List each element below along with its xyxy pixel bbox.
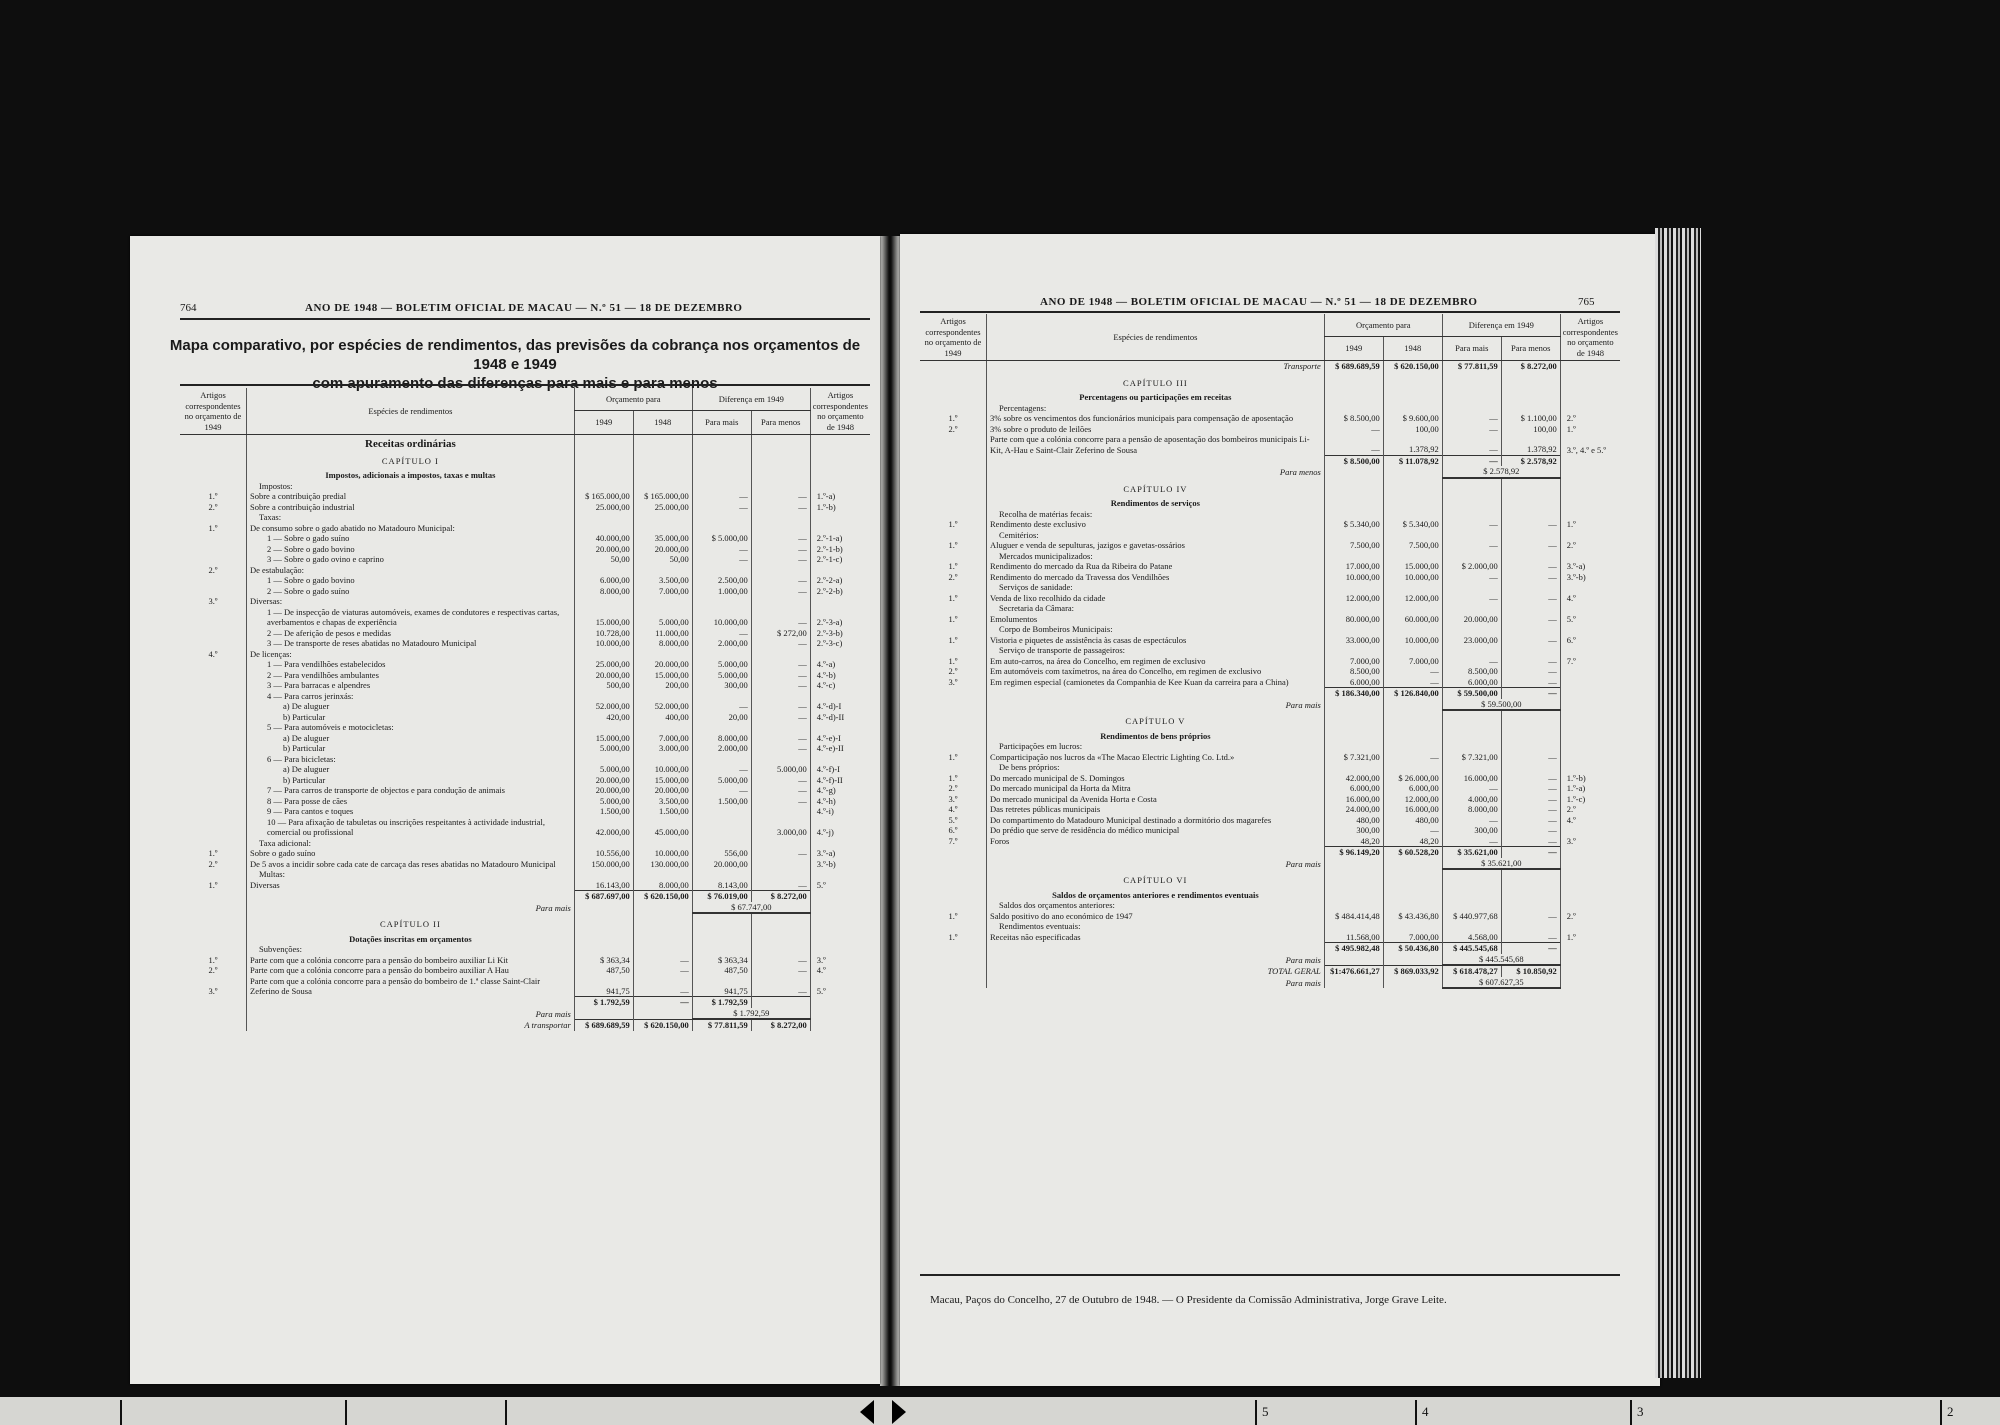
value-mais: — — [692, 491, 751, 502]
value-v48: 15.000,00 — [633, 670, 692, 681]
value-mais: 556,00 — [692, 848, 751, 859]
table-row: 5 — Para automóveis e motocicletas: — [180, 722, 870, 733]
value-v48: 60.000,00 — [1383, 614, 1442, 625]
table-row: 2.ºRendimento do mercado da Travessa dos… — [920, 572, 1620, 583]
article-1948-ref — [810, 944, 870, 955]
table-row: 6.ºDo prédio que serve de residência do … — [920, 825, 1620, 836]
value-menos: — — [1501, 943, 1560, 954]
value-v48: 35.000,00 — [633, 533, 692, 544]
table-row: 7.ºForos48,2048,20——3.º — [920, 836, 1620, 847]
value-mais: — — [1442, 815, 1501, 826]
row-description: a) De aluguer — [247, 701, 575, 712]
value-v49: 420,00 — [574, 712, 633, 723]
table-row: a) De aluguer5.000,0010.000,00—5.000,004… — [180, 764, 870, 775]
article-1948-ref — [810, 722, 870, 733]
article-1948-ref — [1560, 825, 1620, 836]
table-row: Rendimentos eventuais: — [920, 921, 1620, 932]
article-1948-ref: 4.º-f)-II — [810, 775, 870, 786]
value-mais: — — [692, 764, 751, 775]
value-mais: — — [1442, 455, 1501, 466]
value-mais: $ 35.621,00 — [1442, 847, 1501, 858]
article-1948-ref: 2.º-1-c) — [810, 554, 870, 565]
value-mais: $ 445.545,68 — [1442, 943, 1501, 954]
right-page: ANO DE 1948 — BOLETIM OFICIAL DE MACAU —… — [900, 234, 1660, 1386]
value-v49: 1.500,00 — [574, 806, 633, 817]
value-v48: 400,00 — [633, 712, 692, 723]
total-row: A transportar$ 689.689,59$ 620.150,00$ 7… — [180, 1019, 870, 1031]
value-menos: — — [751, 848, 810, 859]
row-description: Receitas não especificadas — [987, 932, 1325, 943]
value-v49 — [574, 523, 633, 534]
value-menos — [1501, 582, 1560, 593]
chapter-title: Dotações inscritas em orçamentos — [247, 930, 575, 945]
table-row: 2.ºDe estabulação: — [180, 565, 870, 576]
row-description: Sobre a contribuição predial — [247, 491, 575, 502]
article-1948-ref: 3.º-a) — [810, 848, 870, 859]
value-menos — [1501, 509, 1560, 520]
value-v49: 150.000,00 — [574, 859, 633, 870]
value-v49: 10.728,00 — [574, 628, 633, 639]
value-v48: 3.000,00 — [633, 743, 692, 754]
row-description: Secretaria da Câmara: — [987, 603, 1325, 614]
table-row: 3.ºParte com que a colónia concorre para… — [180, 976, 870, 997]
article-1948-ref: 4.º — [810, 965, 870, 976]
value-menos: — — [1501, 773, 1560, 784]
table-row: 2.ºParte com que a colónia concorre para… — [180, 965, 870, 976]
row-description: Das retretes públicas municipais — [987, 804, 1325, 815]
value-mais: 4.000,00 — [1442, 794, 1501, 805]
value-v48 — [1383, 645, 1442, 656]
value-v48: 480,00 — [1383, 815, 1442, 826]
value-v49: 5.000,00 — [574, 796, 633, 807]
table-row: Saldos dos orçamentos anteriores: — [920, 900, 1620, 911]
value-menos: — — [1501, 635, 1560, 646]
article-1948-ref: 4.º-e)-II — [810, 743, 870, 754]
value-mais — [692, 481, 751, 492]
table-row: 3 — De transporte de reses abatidas no M… — [180, 638, 870, 649]
article-1948-ref: 1.º-b) — [1560, 773, 1620, 784]
value-menos — [751, 859, 810, 870]
value-v49: $ 363,34 — [574, 955, 633, 966]
value-mais — [1442, 900, 1501, 911]
value-menos — [751, 691, 810, 702]
net-difference-row: Para mais$ 35.621,00 — [920, 858, 1620, 870]
value-v48 — [1383, 509, 1442, 520]
value-menos — [1501, 900, 1560, 911]
value-v49: 25.000,00 — [574, 502, 633, 513]
value-mais: — — [692, 701, 751, 712]
transporte-row: Transporte $ 689.689,59 $ 620.150,00 $ 7… — [920, 361, 1620, 372]
value-v48 — [633, 754, 692, 765]
value-v48: $ 9.600,00 — [1383, 413, 1442, 424]
row-description: Sobre a contribuição industrial — [247, 502, 575, 513]
article-1948-ref: 4.º-j) — [810, 817, 870, 838]
table-row: 2.ºEm automóveis com taxímetros, na área… — [920, 666, 1620, 677]
table-row: a) De aluguer15.000,007.000,008.000,00—4… — [180, 733, 870, 744]
row-description: 4 — Para carros jerinxás: — [247, 691, 575, 702]
value-menos: — — [751, 701, 810, 712]
article-1948-ref: 1.º-a) — [810, 491, 870, 502]
value-v49 — [574, 649, 633, 660]
article-1948-ref — [1560, 762, 1620, 773]
row-description: Do mercado municipal da Horta da Mitra — [987, 783, 1325, 794]
total-row: $ 96.149,20$ 60.528,20$ 35.621,00— — [920, 847, 1620, 858]
value-mais: $ 2.000,00 — [1442, 561, 1501, 572]
article-1948-ref: 1.º — [1560, 424, 1620, 435]
row-description: 1 — De inspecção de viaturas automóveis,… — [247, 607, 575, 628]
table-row: Participações em lucros: — [920, 741, 1620, 752]
value-menos: — — [751, 607, 810, 628]
table-row: Cemitérios: — [920, 530, 1620, 541]
value-mais: — — [692, 628, 751, 639]
film-arrow-left-icon — [860, 1400, 874, 1424]
value-v49: 10.000,00 — [574, 638, 633, 649]
value-menos: — — [751, 586, 810, 597]
value-menos: — — [751, 638, 810, 649]
table-row: 1.ºSobre o gado suíno10.556,0010.000,005… — [180, 848, 870, 859]
article-1948-ref — [810, 1008, 870, 1020]
article-1948-ref — [810, 1019, 870, 1031]
table-row: 1 — Sobre o gado bovino6.000,003.500,002… — [180, 575, 870, 586]
row-description: 3 — Para barracas e alpendres — [247, 680, 575, 691]
table-row: Serviços de sanidade: — [920, 582, 1620, 593]
running-head: ANO DE 1948 — BOLETIM OFICIAL DE MACAU —… — [305, 302, 742, 314]
value-menos: — — [1501, 847, 1560, 858]
value-v48 — [1383, 624, 1442, 635]
value-v49: 8.500,00 — [1324, 666, 1383, 677]
article-1948-ref — [1560, 741, 1620, 752]
comparison-table-right: Artigos correspondentes no orçamento de … — [920, 314, 1620, 989]
table-row: 2 — Sobre o gado bovino20.000,0020.000,0… — [180, 544, 870, 555]
article-1948-ref — [1560, 509, 1620, 520]
table-row: b) Particular5.000,003.000,002.000,00—4.… — [180, 743, 870, 754]
net-difference-row: Para mais$ 1.792,59 — [180, 1008, 870, 1020]
page-edges — [1655, 228, 1701, 1378]
value-mais — [1442, 741, 1501, 752]
table-row: 2.º3% sobre o produto de leilões—100,00—… — [920, 424, 1620, 435]
net-difference-value: $ 35.621,00 — [1442, 858, 1560, 870]
row-description: Comparticipação nos lucros da «The Macao… — [987, 752, 1325, 763]
value-v49 — [1324, 509, 1383, 520]
value-v49: 487,50 — [574, 965, 633, 976]
value-mais: 10.000,00 — [692, 607, 751, 628]
value-v48: — — [633, 976, 692, 997]
value-menos: — — [1501, 519, 1560, 530]
row-description: Cemitérios: — [987, 530, 1325, 541]
value-mais: — — [1442, 572, 1501, 583]
table-row: 2.ºDo mercado municipal da Horta da Mitr… — [920, 783, 1620, 794]
value-menos: — — [751, 575, 810, 586]
value-v49: 24.000,00 — [1324, 804, 1383, 815]
value-v48: 16.000,00 — [1383, 804, 1442, 815]
article-1948-ref — [810, 754, 870, 765]
article-1948-ref: 2.º-1-a) — [810, 533, 870, 544]
value-menos: — — [751, 743, 810, 754]
article-1948-ref: 2.º-2-b) — [810, 586, 870, 597]
value-v48: $ 50.436,80 — [1383, 943, 1442, 954]
table-row: 2 — Sobre o gado suíno8.000,007.000,001.… — [180, 586, 870, 597]
row-description: Emolumentos — [987, 614, 1325, 625]
article-1948-ref — [1560, 403, 1620, 414]
value-v49 — [1324, 900, 1383, 911]
value-mais: 300,00 — [692, 680, 751, 691]
value-v49: 10.000,00 — [1324, 572, 1383, 583]
value-menos: — — [751, 670, 810, 681]
value-menos — [751, 838, 810, 849]
value-v49: 10.556,00 — [574, 848, 633, 859]
table-row: Secretaria da Câmara: — [920, 603, 1620, 614]
value-menos: — — [751, 955, 810, 966]
value-menos — [751, 596, 810, 607]
article-1948-ref: 5.º — [810, 976, 870, 997]
value-mais: $ 59.500,00 — [1442, 688, 1501, 699]
article-1948-ref — [810, 838, 870, 849]
value-v49: 48,20 — [1324, 836, 1383, 847]
row-description: Diversas — [247, 880, 575, 891]
table-row: Subvenções: — [180, 944, 870, 955]
value-v49 — [574, 596, 633, 607]
table-row: Serviço de transporte de passageiros: — [920, 645, 1620, 656]
book-gutter — [880, 236, 900, 1386]
value-menos: — — [751, 659, 810, 670]
value-v48 — [633, 722, 692, 733]
table-row: 2 — Para vendilhões ambulantes20.000,001… — [180, 670, 870, 681]
value-v48: $ 126.840,00 — [1383, 688, 1442, 699]
table-row: 3 — Sobre o gado ovino e caprino50,0050,… — [180, 554, 870, 565]
value-mais: 2.000,00 — [692, 743, 751, 754]
article-1948-ref: 1.º-c) — [1560, 794, 1620, 805]
table-row: a) De aluguer52.000,0052.000,00——4.º-d)-… — [180, 701, 870, 712]
value-v49: 80.000,00 — [1324, 614, 1383, 625]
row-description: 1 — Sobre o gado suíno — [247, 533, 575, 544]
value-menos: — — [1501, 561, 1560, 572]
value-menos: — — [1501, 656, 1560, 667]
value-mais: — — [692, 554, 751, 565]
value-v49: 17.000,00 — [1324, 561, 1383, 572]
value-v49: 20.000,00 — [574, 775, 633, 786]
value-mais — [692, 838, 751, 849]
value-menos — [751, 512, 810, 523]
row-description: 10 — Para afixação de tabuletas ou inscr… — [247, 817, 575, 838]
value-mais: — — [1442, 540, 1501, 551]
value-menos: — — [1501, 825, 1560, 836]
value-v48: $ 26.000,00 — [1383, 773, 1442, 784]
table-row: 1.º3% sobre os vencimentos dos funcionár… — [920, 413, 1620, 424]
value-menos: — — [1501, 572, 1560, 583]
table-row: Corpo de Bombeiros Municipais: — [920, 624, 1620, 635]
table-row: 4.ºDas retretes públicas municipais24.00… — [920, 804, 1620, 815]
value-v49: $ 484.414,48 — [1324, 911, 1383, 922]
value-v49: $ 96.149,20 — [1324, 847, 1383, 858]
value-mais: 16.000,00 — [1442, 773, 1501, 784]
value-v49 — [1324, 921, 1383, 932]
value-menos: — — [1501, 593, 1560, 604]
row-description: 6 — Para bicicletas: — [247, 754, 575, 765]
chapter-title: Rendimentos de bens próprios — [987, 727, 1325, 742]
value-menos: $ 8.272,00 — [751, 891, 810, 902]
value-mais — [1442, 762, 1501, 773]
chapter-heading: CAPÍTULO I — [247, 450, 575, 467]
article-1948-ref: 4.º-e)-I — [810, 733, 870, 744]
value-mais — [692, 806, 751, 817]
value-v48: 10.000,00 — [633, 848, 692, 859]
value-mais — [692, 565, 751, 576]
value-mais: — — [692, 785, 751, 796]
table-row: 6 — Para bicicletas: — [180, 754, 870, 765]
value-v48 — [1383, 603, 1442, 614]
value-menos: — — [1501, 815, 1560, 826]
value-menos: — — [1501, 804, 1560, 815]
article-1948-ref — [810, 997, 870, 1008]
article-1948-ref — [810, 869, 870, 880]
value-mais — [1442, 530, 1501, 541]
row-description: Em regimen especial (camionetes da Compa… — [987, 677, 1325, 688]
value-v48: 10.000,00 — [1383, 572, 1442, 583]
value-v49: 8.000,00 — [574, 586, 633, 597]
value-v49 — [574, 722, 633, 733]
value-mais: — — [1442, 783, 1501, 794]
value-menos — [751, 523, 810, 534]
value-v49: 42.000,00 — [1324, 773, 1383, 784]
value-v49 — [1324, 403, 1383, 414]
value-menos: 3.000,00 — [751, 817, 810, 838]
row-description: Diversas: — [247, 596, 575, 607]
value-mais: $ 7.321,00 — [1442, 752, 1501, 763]
row-description: a) De aluguer — [247, 733, 575, 744]
value-menos: $ 8.272,00 — [751, 1019, 810, 1031]
value-menos: 1.378,92 — [1501, 434, 1560, 455]
net-difference-row: Para mais$ 445.545,68 — [920, 954, 1620, 966]
table-row: 1.ºParte com que a colónia concorre para… — [180, 955, 870, 966]
article-1948-ref: 2.º-3-a) — [810, 607, 870, 628]
article-1948-ref — [1560, 900, 1620, 911]
row-description: 2 — Para vendilhões ambulantes — [247, 670, 575, 681]
value-v49: 40.000,00 — [574, 533, 633, 544]
value-v49: 20.000,00 — [574, 544, 633, 555]
value-v49: $ 5.340,00 — [1324, 519, 1383, 530]
value-v48: 7.000,00 — [633, 586, 692, 597]
row-description: De estabulação: — [247, 565, 575, 576]
article-1948-ref: 3.º-a) — [1560, 561, 1620, 572]
total-row: $ 8.500,00$ 11.078,92—$ 2.578,92 — [920, 455, 1620, 466]
value-menos: — — [1501, 677, 1560, 688]
row-description: Do mercado municipal da Avenida Horta e … — [987, 794, 1325, 805]
value-v49: 7.500,00 — [1324, 540, 1383, 551]
table-row: 1.ºEmolumentos80.000,0060.000,0020.000,0… — [920, 614, 1620, 625]
total-row: $ 186.340,00$ 126.840,00$ 59.500,00— — [920, 688, 1620, 699]
article-1948-ref: 4.º — [1560, 593, 1620, 604]
article-1948-ref — [1560, 688, 1620, 699]
table-row: 3.ºDo mercado municipal da Avenida Horta… — [920, 794, 1620, 805]
value-menos: — — [1501, 911, 1560, 922]
value-menos: — — [751, 502, 810, 513]
row-description: Venda de lixo recolhido da cidade — [987, 593, 1325, 604]
article-1948-ref: 2.º-3-c) — [810, 638, 870, 649]
value-v48 — [1383, 900, 1442, 911]
row-description: 3 — Sobre o gado ovino e caprino — [247, 554, 575, 565]
row-description: Rendimentos eventuais: — [987, 921, 1325, 932]
row-description: Para mais — [987, 977, 1325, 989]
row-description: Parte com que a colónia concorre para a … — [987, 434, 1325, 455]
table-row: 4 — Para carros jerinxás: — [180, 691, 870, 702]
row-description: Parte com que a colónia concorre para a … — [247, 976, 575, 997]
value-mais: $ 76.019,00 — [692, 891, 751, 902]
value-v48: 130.000,00 — [633, 859, 692, 870]
value-mais: 1.500,00 — [692, 796, 751, 807]
value-mais: 8.000,00 — [1442, 804, 1501, 815]
table-row: 1.ºReceitas não especificadas11.568,007.… — [920, 932, 1620, 943]
table-row: 2.ºSobre a contribuição industrial25.000… — [180, 502, 870, 513]
article-1948-ref — [1560, 603, 1620, 614]
value-v48 — [633, 481, 692, 492]
row-description: Taxas: — [247, 512, 575, 523]
value-menos — [751, 565, 810, 576]
value-v48: — — [633, 965, 692, 976]
value-v48: — — [1383, 825, 1442, 836]
article-1948-ref — [810, 902, 870, 914]
value-v49: 20.000,00 — [574, 785, 633, 796]
value-menos: — — [1501, 540, 1560, 551]
value-v49 — [574, 481, 633, 492]
article-1948-ref: 2.º-1-b) — [810, 544, 870, 555]
value-menos: — — [751, 491, 810, 502]
row-description: Para mais — [247, 902, 575, 914]
value-mais: $ 1.792,59 — [692, 997, 751, 1008]
value-mais: $ 77.811,59 — [692, 1019, 751, 1031]
row-description: Parte com que a colónia concorre para a … — [247, 955, 575, 966]
article-1948-ref: 2.º-3-b) — [810, 628, 870, 639]
value-v49: 16.000,00 — [1324, 794, 1383, 805]
net-difference-value: $ 67.747,00 — [692, 902, 810, 914]
value-v48: 12.000,00 — [1383, 794, 1442, 805]
section-title: Receitas ordinárias — [247, 435, 575, 450]
table-row: 1.ºSaldo positivo do ano económico de 19… — [920, 911, 1620, 922]
value-v48 — [633, 838, 692, 849]
value-mais: 2.500,00 — [692, 575, 751, 586]
value-v48: 8.000,00 — [633, 880, 692, 891]
row-description: Multas: — [247, 869, 575, 880]
row-description: Sobre o gado suíno — [247, 848, 575, 859]
value-menos: — — [751, 533, 810, 544]
value-v49 — [574, 869, 633, 880]
article-1948-ref: 3.º-b) — [1560, 572, 1620, 583]
article-1948-ref — [1560, 677, 1620, 688]
value-mais: 300,00 — [1442, 825, 1501, 836]
article-1948-ref: 1.º-b) — [810, 502, 870, 513]
row-description — [987, 847, 1325, 858]
article-1948-ref — [1560, 977, 1620, 989]
value-menos — [751, 649, 810, 660]
article-1948-ref — [810, 481, 870, 492]
value-menos: — — [751, 733, 810, 744]
value-mais — [692, 649, 751, 660]
value-v48: 3.500,00 — [633, 575, 692, 586]
row-description: Foros — [987, 836, 1325, 847]
table-row: Taxa adicional: — [180, 838, 870, 849]
article-1948-ref — [810, 691, 870, 702]
value-mais — [1442, 921, 1501, 932]
net-difference-row: Para mais$ 67.747,00 — [180, 902, 870, 914]
value-v48: 1.500,00 — [633, 806, 692, 817]
value-v48: $ 620.150,00 — [633, 891, 692, 902]
chapter-title: Rendimentos de serviços — [987, 494, 1325, 509]
film-arrow-right-icon — [892, 1400, 906, 1424]
value-mais — [1442, 551, 1501, 562]
value-v49: $ 8.500,00 — [1324, 455, 1383, 466]
value-v49 — [1324, 603, 1383, 614]
net-difference-value: $ 2.578,92 — [1442, 466, 1560, 478]
page-number: 764 — [180, 302, 197, 314]
